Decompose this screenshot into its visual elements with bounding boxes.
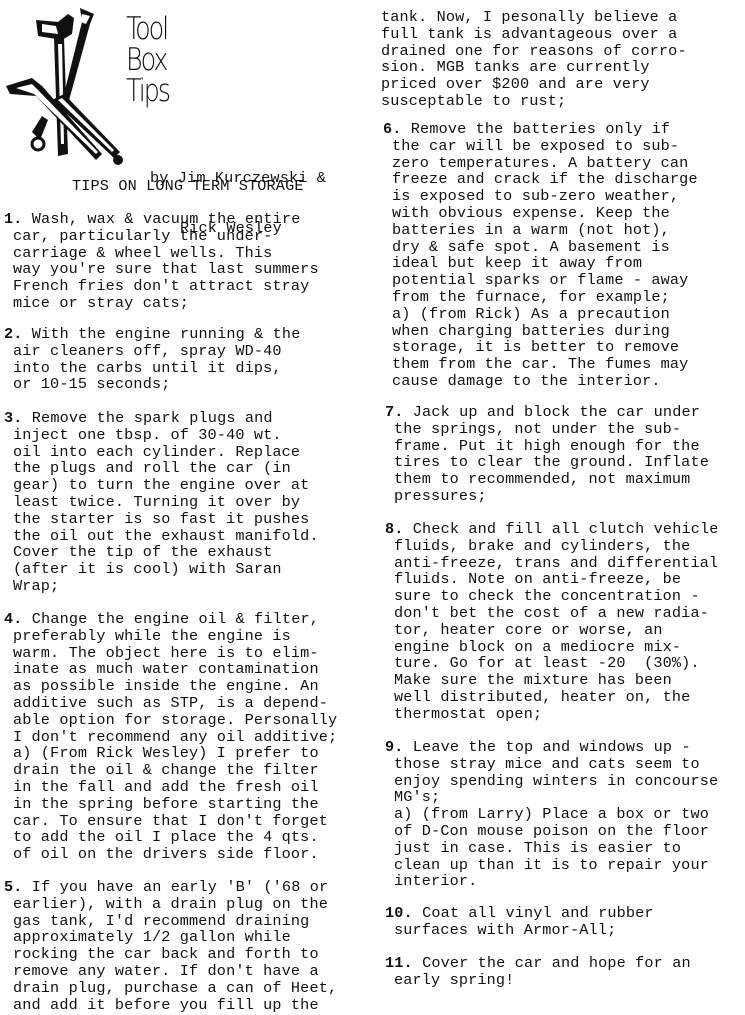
tip-text: interior.	[394, 872, 477, 890]
tip-text: or 10-15 seconds;	[13, 375, 171, 393]
tip-text: those stray mice and cats seem to	[394, 755, 700, 773]
tip-line: is exposed to sub-zero weather,	[383, 188, 698, 205]
tip-text: Remove the spark plugs and	[32, 409, 273, 427]
tip-line: approximately 1/2 gallon while	[4, 929, 337, 946]
tip-line: carriage & wheel wells. This	[4, 245, 319, 262]
tip-line: a) (from Larry) Place a box or two	[385, 806, 718, 823]
tip-line: I don't recommend any oil additive;	[4, 729, 337, 746]
tip-text: (after it is cool) with Saran	[13, 560, 282, 578]
tip-line: in the spring before starting the	[4, 796, 337, 813]
tip-text: drained one for reasons of corro-	[381, 42, 687, 60]
tip-text: inate as much water contamination	[13, 660, 319, 678]
tip-text: anti-freeze, trans and differential	[394, 554, 718, 572]
tip-text: rocking the car back and forth to	[13, 945, 319, 963]
tip-4: 4. Change the engine oil & filter,prefer…	[4, 611, 337, 863]
tip-text: sure to check the concentration -	[394, 587, 700, 605]
tip-text: to add the oil I place the 4 qts.	[13, 828, 319, 846]
tip-text: Cover the car and hope for an	[422, 954, 691, 972]
tip-text: engine block on a mediocre mix-	[394, 638, 681, 656]
tip-9: 9. Leave the top and windows up -those s…	[385, 739, 718, 890]
tip-line: least twice. Turning it over by	[4, 494, 319, 511]
tip-text: Jack up and block the car under	[413, 403, 700, 421]
tip-line: oil into each cylinder. Replace	[4, 444, 319, 461]
tip-line: to add the oil I place the 4 qts.	[4, 829, 337, 846]
tip-line: MG's;	[385, 789, 718, 806]
tip-line: 1. Wash, wax & vacuum the entire	[4, 211, 319, 228]
tip-text: early spring!	[394, 971, 514, 989]
tip-text: tor, heater core or worse, an	[394, 621, 663, 639]
tip-line: rocking the car back and forth to	[4, 946, 337, 963]
tip-text: the starter is so fast it pushes	[13, 510, 309, 528]
tip-text: earlier), with a drain plug on the	[13, 895, 328, 913]
tip-text: Remove the batteries only if	[411, 120, 670, 138]
tip-text: ideal but keep it away from	[392, 254, 642, 272]
tip-line: sure to check the concentration -	[385, 588, 719, 605]
tip-text: a) (From Rick Wesley) I prefer to	[13, 744, 319, 762]
tip-line: into the carbs until it dips,	[4, 360, 300, 377]
tip-text: sion. MGB tanks are currently	[381, 58, 650, 76]
tip-line: 7. Jack up and block the car under	[385, 404, 709, 421]
tip-text: is exposed to sub-zero weather,	[392, 187, 679, 205]
tip-line: drain plug, purchase a can of Heet,	[4, 980, 337, 997]
tip-text: storage, it is better to remove	[392, 338, 679, 356]
tip-line: 4. Change the engine oil & filter,	[4, 611, 337, 628]
tip-5: 5. If you have an early 'B' ('68 orearli…	[4, 879, 337, 1013]
tip-text: Check and fill all clutch vehicle	[413, 520, 719, 538]
tip-line: the oil out the exhaust manifold.	[4, 528, 319, 545]
tip-line: anti-freeze, trans and differential	[385, 555, 719, 572]
tip-text: batteries in a warm (not hot),	[392, 221, 670, 239]
tip-text: car. To ensure that I don't forget	[13, 812, 328, 830]
tip-text: them to recommended, not maximum	[394, 470, 690, 488]
tip-text: Make sure the mixture has been	[394, 671, 672, 689]
tip-text: the plugs and roll the car (in	[13, 459, 291, 477]
tip-text: surfaces with Armor-All;	[394, 921, 616, 939]
tip-line: car. To ensure that I don't forget	[4, 813, 337, 830]
tip-line: susceptable to rust;	[381, 93, 687, 110]
tip-text: well distributed, heater on, the	[394, 688, 690, 706]
tip-text: carriage & wheel wells. This	[13, 244, 272, 262]
tip-line: frame. Put it high enough for the	[385, 438, 709, 455]
tip-text: with obvious expense. Keep the	[392, 204, 670, 222]
tip-number: 11.	[385, 954, 413, 972]
tip-text: susceptable to rust;	[381, 92, 566, 110]
tip-line: air cleaners off, spray WD-40	[4, 343, 300, 360]
tip-line: just in case. This is easier to	[385, 840, 718, 857]
tip-text: Coat all vinyl and rubber	[422, 904, 654, 922]
tip-line: the springs, not under the sub-	[385, 421, 709, 438]
tip-line: as possible inside the engine. An	[4, 678, 337, 695]
tip-line: sion. MGB tanks are currently	[381, 59, 687, 76]
tip-line: a) (from Rick) As a precaution	[383, 306, 698, 323]
tip-text: them from the car. The fumes may	[392, 355, 688, 373]
tip-1: 1. Wash, wax & vacuum the entirecar, par…	[4, 211, 319, 312]
tip-line: warm. The object here is to elim-	[4, 645, 337, 662]
tip-text: MG's;	[394, 788, 440, 806]
tip-line: 5. If you have an early 'B' ('68 or	[4, 879, 337, 896]
tip-text: a) (from Larry) Place a box or two	[394, 805, 709, 823]
tip-text: ture. Go for at least -20 (30%).	[394, 654, 700, 672]
tip-line: Cover the tip of the exhaust	[4, 544, 319, 561]
tip-line: Make sure the mixture has been	[385, 672, 719, 689]
tip-text: Leave the top and windows up -	[413, 738, 691, 756]
tip-line: fluids, brake and cylinders, the	[385, 538, 719, 555]
title-line: Tool	[126, 14, 169, 45]
tip-line: a) (From Rick Wesley) I prefer to	[4, 745, 337, 762]
tip-line: full tank is advantageous over a	[381, 26, 687, 43]
page-title: Tool Box Tips	[126, 14, 169, 107]
tip-text: the oil out the exhaust manifold.	[13, 527, 319, 545]
tip-line: gas tank, I'd recommend draining	[4, 913, 337, 930]
tip-line: 9. Leave the top and windows up -	[385, 739, 718, 756]
tip-line: them from the car. The fumes may	[383, 356, 698, 373]
tip-line: in the fall and add the fresh oil	[4, 779, 337, 796]
tip-text: the springs, not under the sub-	[394, 420, 681, 438]
tip-line: thermostat open;	[385, 706, 719, 723]
tip-text: able option for storage. Personally	[13, 711, 337, 729]
tip-line: the car will be exposed to sub-	[383, 138, 698, 155]
tip-number: 10.	[385, 904, 413, 922]
tip-line: remove any water. If don't have a	[4, 963, 337, 980]
tip-text: Wrap;	[13, 577, 59, 595]
tip-line: pressures;	[385, 488, 709, 505]
tip-text: when charging batteries during	[392, 322, 670, 340]
tip-line: don't bet the cost of a new radia-	[385, 605, 719, 622]
tip-text: in the fall and add the fresh oil	[13, 778, 319, 796]
tip-line: tires to clear the ground. Inflate	[385, 454, 709, 471]
tip-line: 11. Cover the car and hope for an	[385, 955, 691, 972]
tip-number: 6.	[383, 120, 402, 138]
tip-number: 4.	[4, 610, 23, 628]
tip-text: If you have an early 'B' ('68 or	[32, 878, 328, 896]
tip-line: additive such as STP, is a depend-	[4, 695, 337, 712]
tip-line: and add it before you fill up the	[4, 997, 337, 1014]
tip-text: as possible inside the engine. An	[13, 677, 319, 695]
tip-line: of oil on the drivers side floor.	[4, 846, 337, 863]
tip-text: air cleaners off, spray WD-40	[13, 342, 282, 360]
tip-line: the starter is so fast it pushes	[4, 511, 319, 528]
tip-text: from the furnace, for example;	[392, 288, 670, 306]
tip-line: the plugs and roll the car (in	[4, 460, 319, 477]
tip-text: additive such as STP, is a depend-	[13, 694, 328, 712]
tip-11: 11. Cover the car and hope for anearly s…	[385, 955, 691, 989]
tip-line: way you're sure that last summers	[4, 261, 319, 278]
tip-line: well distributed, heater on, the	[385, 689, 719, 706]
tip-text: cause damage to the interior.	[392, 372, 661, 390]
tip-text: Cover the tip of the exhaust	[13, 543, 272, 561]
tip-text: dry & safe spot. A basement is	[392, 238, 670, 256]
tip-text: drain plug, purchase a can of Heet,	[13, 979, 337, 997]
tip-line: French fries don't attract stray	[4, 278, 319, 295]
tip-6: 6. Remove the batteries only ifthe car w…	[383, 121, 698, 390]
tip-text: zero temperatures. A battery can	[392, 154, 688, 172]
tip-text: just in case. This is easier to	[394, 839, 681, 857]
tip-text: preferably while the engine is	[13, 627, 291, 645]
tip-text: drain the oil & change the filter	[13, 761, 319, 779]
tip-text: tires to clear the ground. Inflate	[394, 453, 709, 471]
tip-line: them to recommended, not maximum	[385, 471, 709, 488]
tip-line: enjoy spending winters in concourse	[385, 773, 718, 790]
tip-text: oil into each cylinder. Replace	[13, 443, 300, 461]
tip-line: preferably while the engine is	[4, 628, 337, 645]
tip-text: enjoy spending winters in concourse	[394, 772, 718, 790]
tip-line: mice or stray cats;	[4, 295, 319, 312]
tip-line: surfaces with Armor-All;	[385, 922, 654, 939]
tip-text: approximately 1/2 gallon while	[13, 928, 291, 946]
tip-text: of D-Con mouse poison on the floor	[394, 822, 709, 840]
tip-line: freeze and crack if the discharge	[383, 171, 698, 188]
tip-line: storage, it is better to remove	[383, 339, 698, 356]
tip-line: inate as much water contamination	[4, 661, 337, 678]
tip-text: mice or stray cats;	[13, 294, 189, 312]
tip-number: 3.	[4, 409, 23, 427]
tip-text: in the spring before starting the	[13, 795, 319, 813]
tip-text: frame. Put it high enough for the	[394, 437, 700, 455]
tip-line: 8. Check and fill all clutch vehicle	[385, 521, 719, 538]
tip-text: fluids. Note on anti-freeze, be	[394, 570, 681, 588]
tip-text: freeze and crack if the discharge	[392, 170, 698, 188]
tip-text: way you're sure that last summers	[13, 260, 319, 278]
tip-line: able option for storage. Personally	[4, 712, 337, 729]
tip-line: 10. Coat all vinyl and rubber	[385, 905, 654, 922]
tip-2: 2. With the engine running & theair clea…	[4, 326, 300, 393]
tip-line: ideal but keep it away from	[383, 255, 698, 272]
tip-line: batteries in a warm (not hot),	[383, 222, 698, 239]
tip-line: clean up than it is to repair your	[385, 857, 718, 874]
tip-text: car, particularly the under-	[13, 227, 272, 245]
tip-3: 3. Remove the spark plugs andinject one …	[4, 410, 319, 595]
tip-text: priced over $200 and are very	[381, 75, 650, 93]
tip-line: ture. Go for at least -20 (30%).	[385, 655, 719, 672]
tip-line: inject one tbsp. of 30-40 wt.	[4, 427, 319, 444]
tip-line: 6. Remove the batteries only if	[383, 121, 698, 138]
tip-line: car, particularly the under-	[4, 228, 319, 245]
tip-text: the car will be exposed to sub-	[392, 137, 679, 155]
tip-line: potential sparks or flame - away	[383, 272, 698, 289]
tip-5-continued: tank. Now, I pesonally believe afull tan…	[381, 9, 687, 110]
tip-line: dry & safe spot. A basement is	[383, 239, 698, 256]
title-line: Tips	[126, 76, 169, 107]
tip-line: when charging batteries during	[383, 323, 698, 340]
tip-text: I don't recommend any oil additive;	[13, 728, 337, 746]
tip-text: a) (from Rick) As a precaution	[392, 305, 670, 323]
tip-text: Wash, wax & vacuum the entire	[32, 210, 301, 228]
tip-line: tor, heater core or worse, an	[385, 622, 719, 639]
tip-line: priced over $200 and are very	[381, 76, 687, 93]
tip-line: interior.	[385, 873, 718, 890]
tip-text: tank. Now, I pesonally believe a	[381, 8, 677, 26]
tip-text: of oil on the drivers side floor.	[13, 845, 319, 863]
tip-text: inject one tbsp. of 30-40 wt.	[13, 426, 282, 444]
tip-text: fluids, brake and cylinders, the	[394, 537, 690, 555]
tip-line: (after it is cool) with Saran	[4, 561, 319, 578]
tip-10: 10. Coat all vinyl and rubbersurfaces wi…	[385, 905, 654, 939]
tip-line: earlier), with a drain plug on the	[4, 896, 337, 913]
tip-number: 1.	[4, 210, 23, 228]
tip-line: fluids. Note on anti-freeze, be	[385, 571, 719, 588]
tip-text: French fries don't attract stray	[13, 277, 309, 295]
tip-line: cause damage to the interior.	[383, 373, 698, 390]
tip-text: don't bet the cost of a new radia-	[394, 604, 709, 622]
tip-text: pressures;	[394, 487, 487, 505]
tip-text: remove any water. If don't have a	[13, 962, 319, 980]
tip-number: 5.	[4, 878, 23, 896]
tip-line: or 10-15 seconds;	[4, 376, 300, 393]
tip-line: tank. Now, I pesonally believe a	[381, 9, 687, 26]
tip-number: 9.	[385, 738, 404, 756]
tip-text: thermostat open;	[394, 705, 542, 723]
tip-text: and add it before you fill up the	[13, 996, 319, 1014]
tip-text: gear) to turn the engine over at	[13, 476, 309, 494]
tip-line: with obvious expense. Keep the	[383, 205, 698, 222]
tip-7: 7. Jack up and block the car underthe sp…	[385, 404, 709, 505]
tip-line: 2. With the engine running & the	[4, 326, 300, 343]
tip-line: early spring!	[385, 972, 691, 989]
tools-illustration-icon	[2, 4, 132, 169]
tip-text: warm. The object here is to elim-	[13, 644, 319, 662]
tip-number: 8.	[385, 520, 404, 538]
tip-line: from the furnace, for example;	[383, 289, 698, 306]
tip-line: drain the oil & change the filter	[4, 762, 337, 779]
tip-text: into the carbs until it dips,	[13, 359, 282, 377]
tip-line: drained one for reasons of corro-	[381, 43, 687, 60]
tip-line: gear) to turn the engine over at	[4, 477, 319, 494]
tip-line: Wrap;	[4, 578, 319, 595]
title-line: Box	[126, 45, 169, 76]
tip-number: 2.	[4, 325, 23, 343]
tip-text: Change the engine oil & filter,	[32, 610, 319, 628]
tip-line: 3. Remove the spark plugs and	[4, 410, 319, 427]
tip-8: 8. Check and fill all clutch vehicleflui…	[385, 521, 719, 723]
tip-number: 7.	[385, 403, 404, 421]
tip-line: engine block on a mediocre mix-	[385, 639, 719, 656]
tip-line: zero temperatures. A battery can	[383, 155, 698, 172]
tip-text: gas tank, I'd recommend draining	[13, 912, 309, 930]
tip-text: With the engine running & the	[32, 325, 301, 343]
tip-text: least twice. Turning it over by	[13, 493, 300, 511]
tip-text: clean up than it is to repair your	[394, 856, 709, 874]
tip-text: full tank is advantageous over a	[381, 25, 677, 43]
tip-text: potential sparks or flame - away	[392, 271, 688, 289]
article-subtitle: TIPS ON LONG TERM STORAGE	[72, 178, 304, 195]
tip-line: of D-Con mouse poison on the floor	[385, 823, 718, 840]
tip-line: those stray mice and cats seem to	[385, 756, 718, 773]
